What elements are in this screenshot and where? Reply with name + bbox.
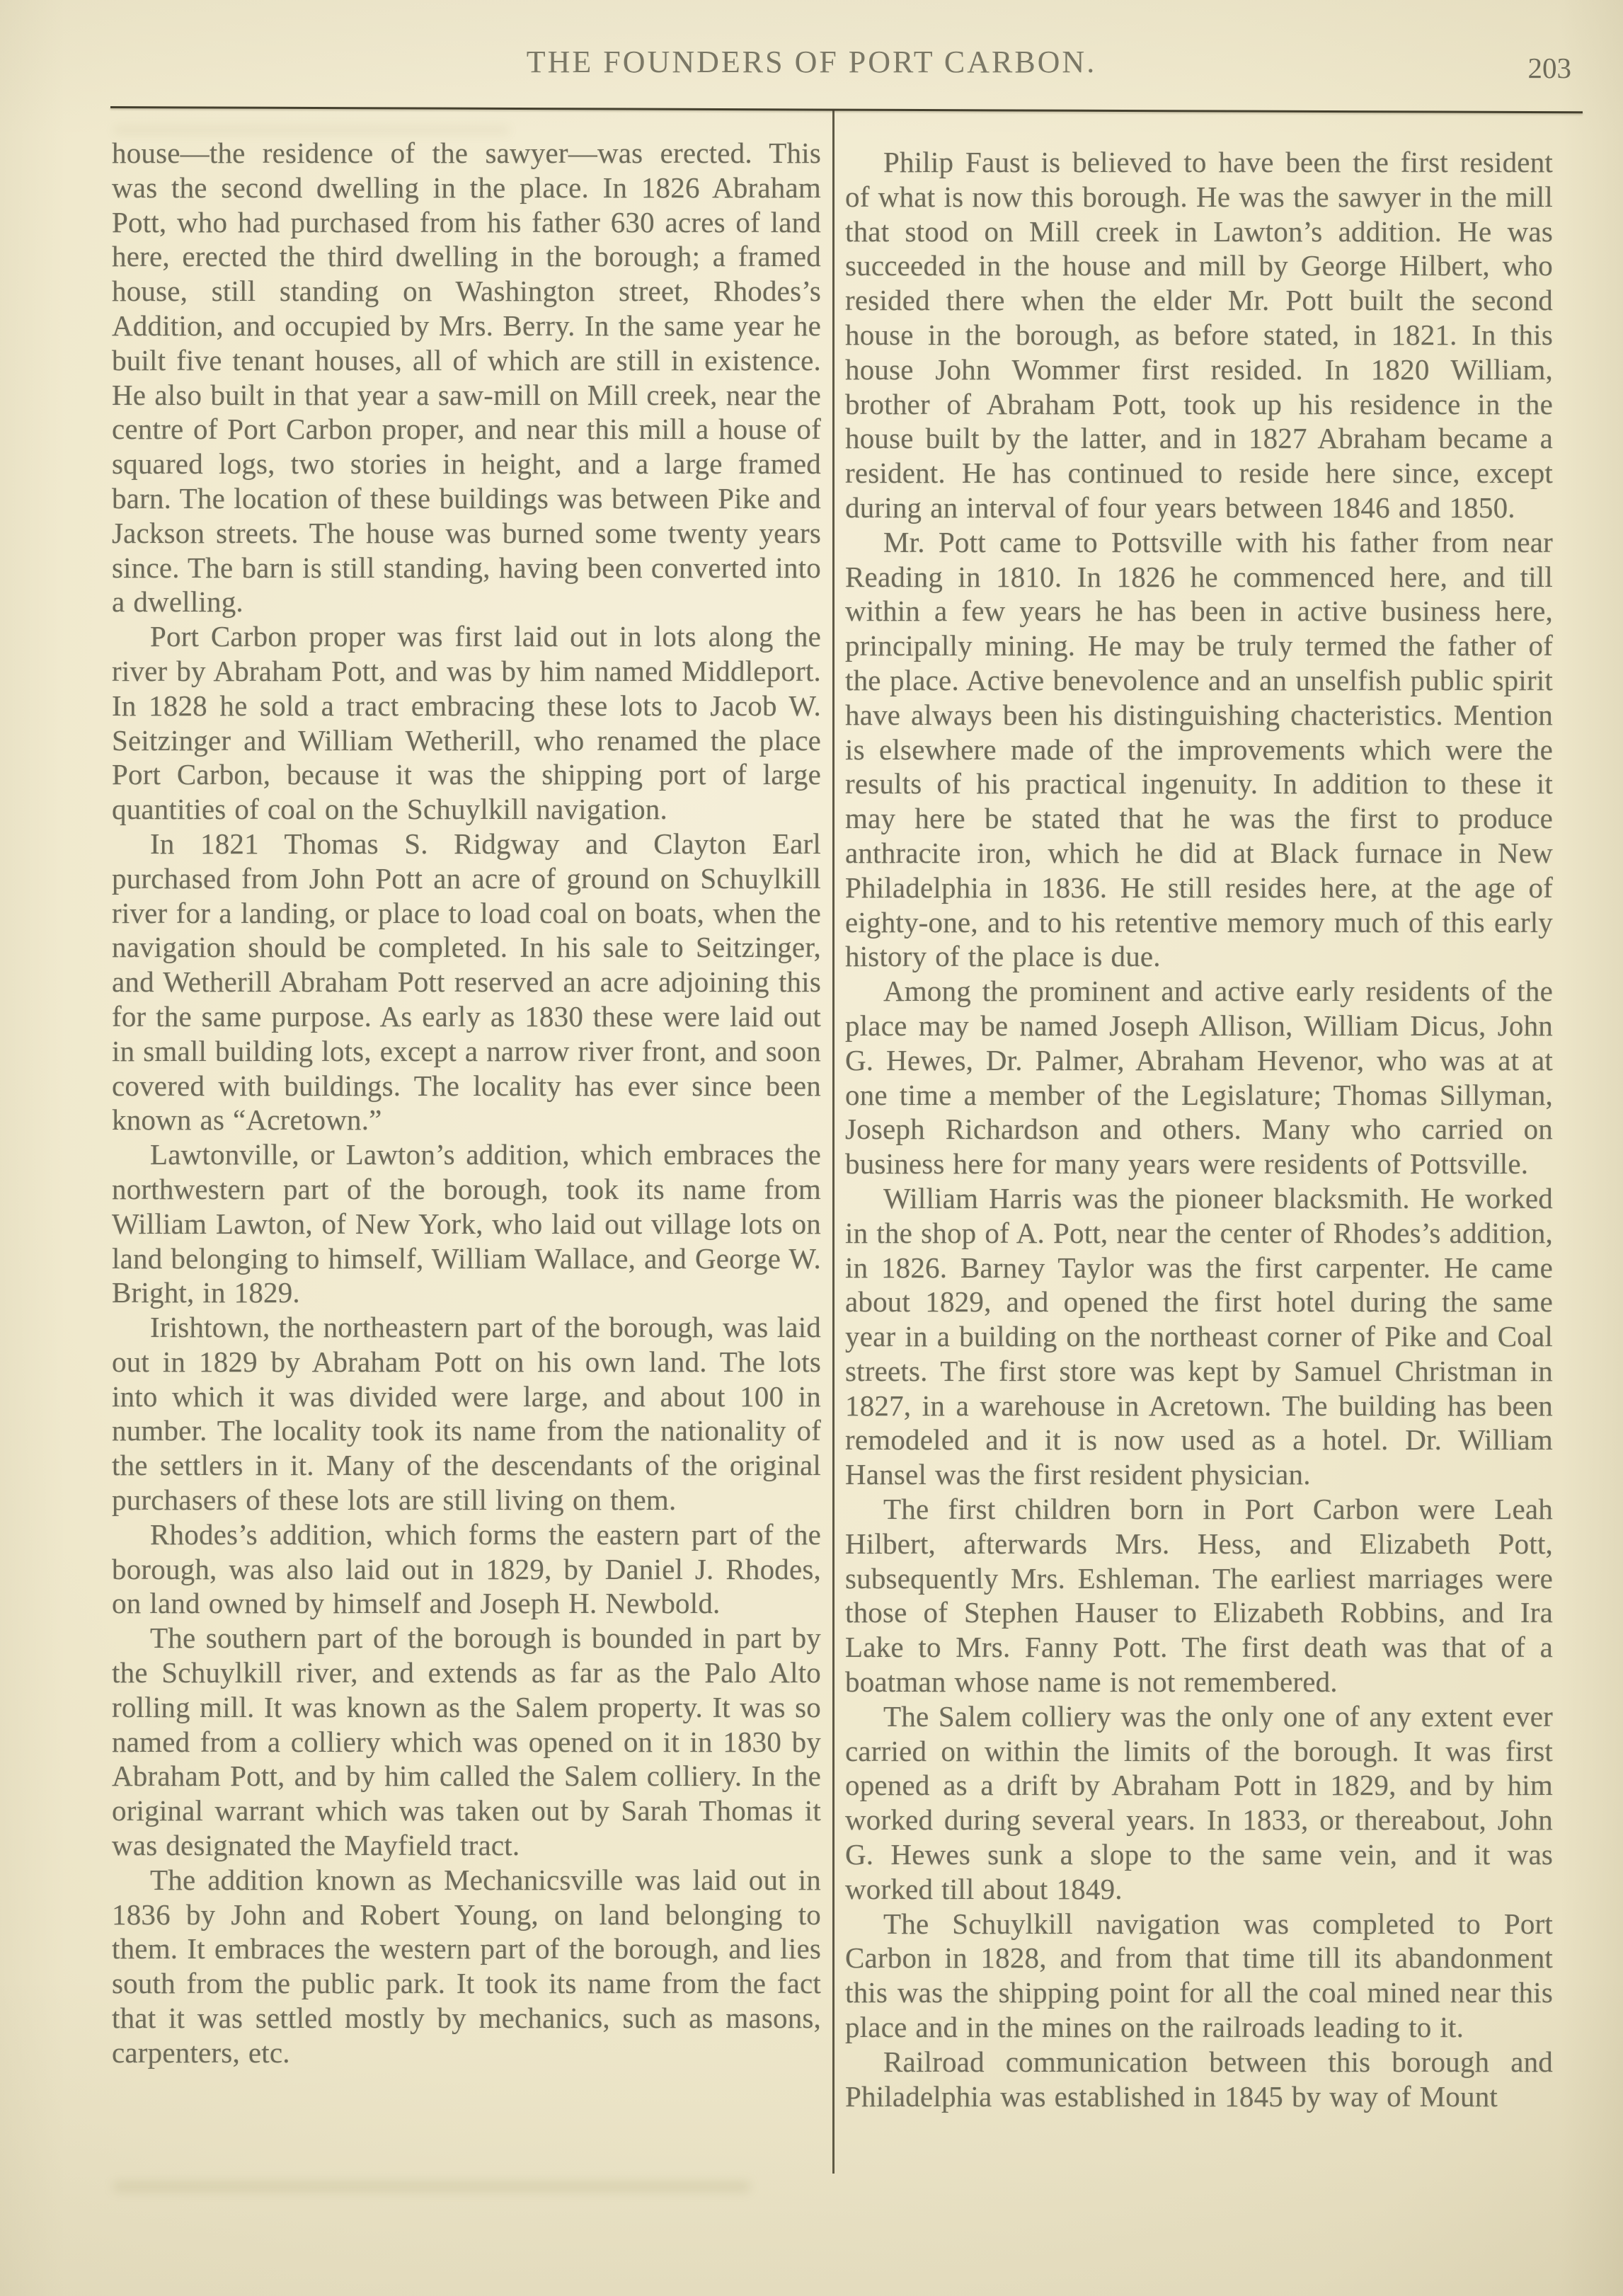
page-number: 203	[1486, 51, 1571, 85]
paragraph: The addition known as Mechanicsville was…	[112, 1863, 821, 2070]
paragraph: The Schuylkill navigation was completed …	[845, 1907, 1553, 2045]
paragraph: The first children born in Port Carbon w…	[845, 1492, 1553, 1699]
paragraph: Railroad communication between this boro…	[845, 2045, 1553, 2114]
scan-smudge	[113, 126, 510, 134]
right-column: Philip Faust is believed to have been th…	[845, 145, 1553, 2113]
paragraph: Mr. Pott came to Pottsville with his fat…	[845, 525, 1553, 974]
header-rule	[110, 106, 1583, 113]
running-title: THE FOUNDERS OF PORT CARBON.	[0, 44, 1623, 80]
paragraph: William Harris was the pioneer blacksmit…	[845, 1181, 1553, 1492]
paragraph: Lawtonville, or Lawton’s addition, which…	[112, 1137, 821, 1310]
paragraph: Irishtown, the northeastern part of the …	[112, 1310, 821, 1517]
paragraph: Among the prominent and active early res…	[845, 974, 1553, 1181]
book-page: THE FOUNDERS OF PORT CARBON. 203 house—t…	[0, 0, 1623, 2296]
paragraph: In 1821 Thomas S. Ridgway and Clayton Ea…	[112, 827, 821, 1137]
paragraph: The southern part of the borough is boun…	[112, 1621, 821, 1863]
paragraph: The Salem colliery was the only one of a…	[845, 1699, 1553, 1907]
paragraph: Rhodes’s addition, which forms the easte…	[112, 1517, 821, 1621]
scan-smudge	[113, 2181, 750, 2192]
paragraph: Port Carbon proper was first laid out in…	[112, 619, 821, 827]
left-column: house—the residence of the sawyer—was er…	[112, 136, 821, 2070]
paragraph: Philip Faust is believed to have been th…	[845, 145, 1553, 525]
paragraph: house—the residence of the sawyer—was er…	[112, 136, 821, 619]
column-divider	[832, 110, 835, 2174]
